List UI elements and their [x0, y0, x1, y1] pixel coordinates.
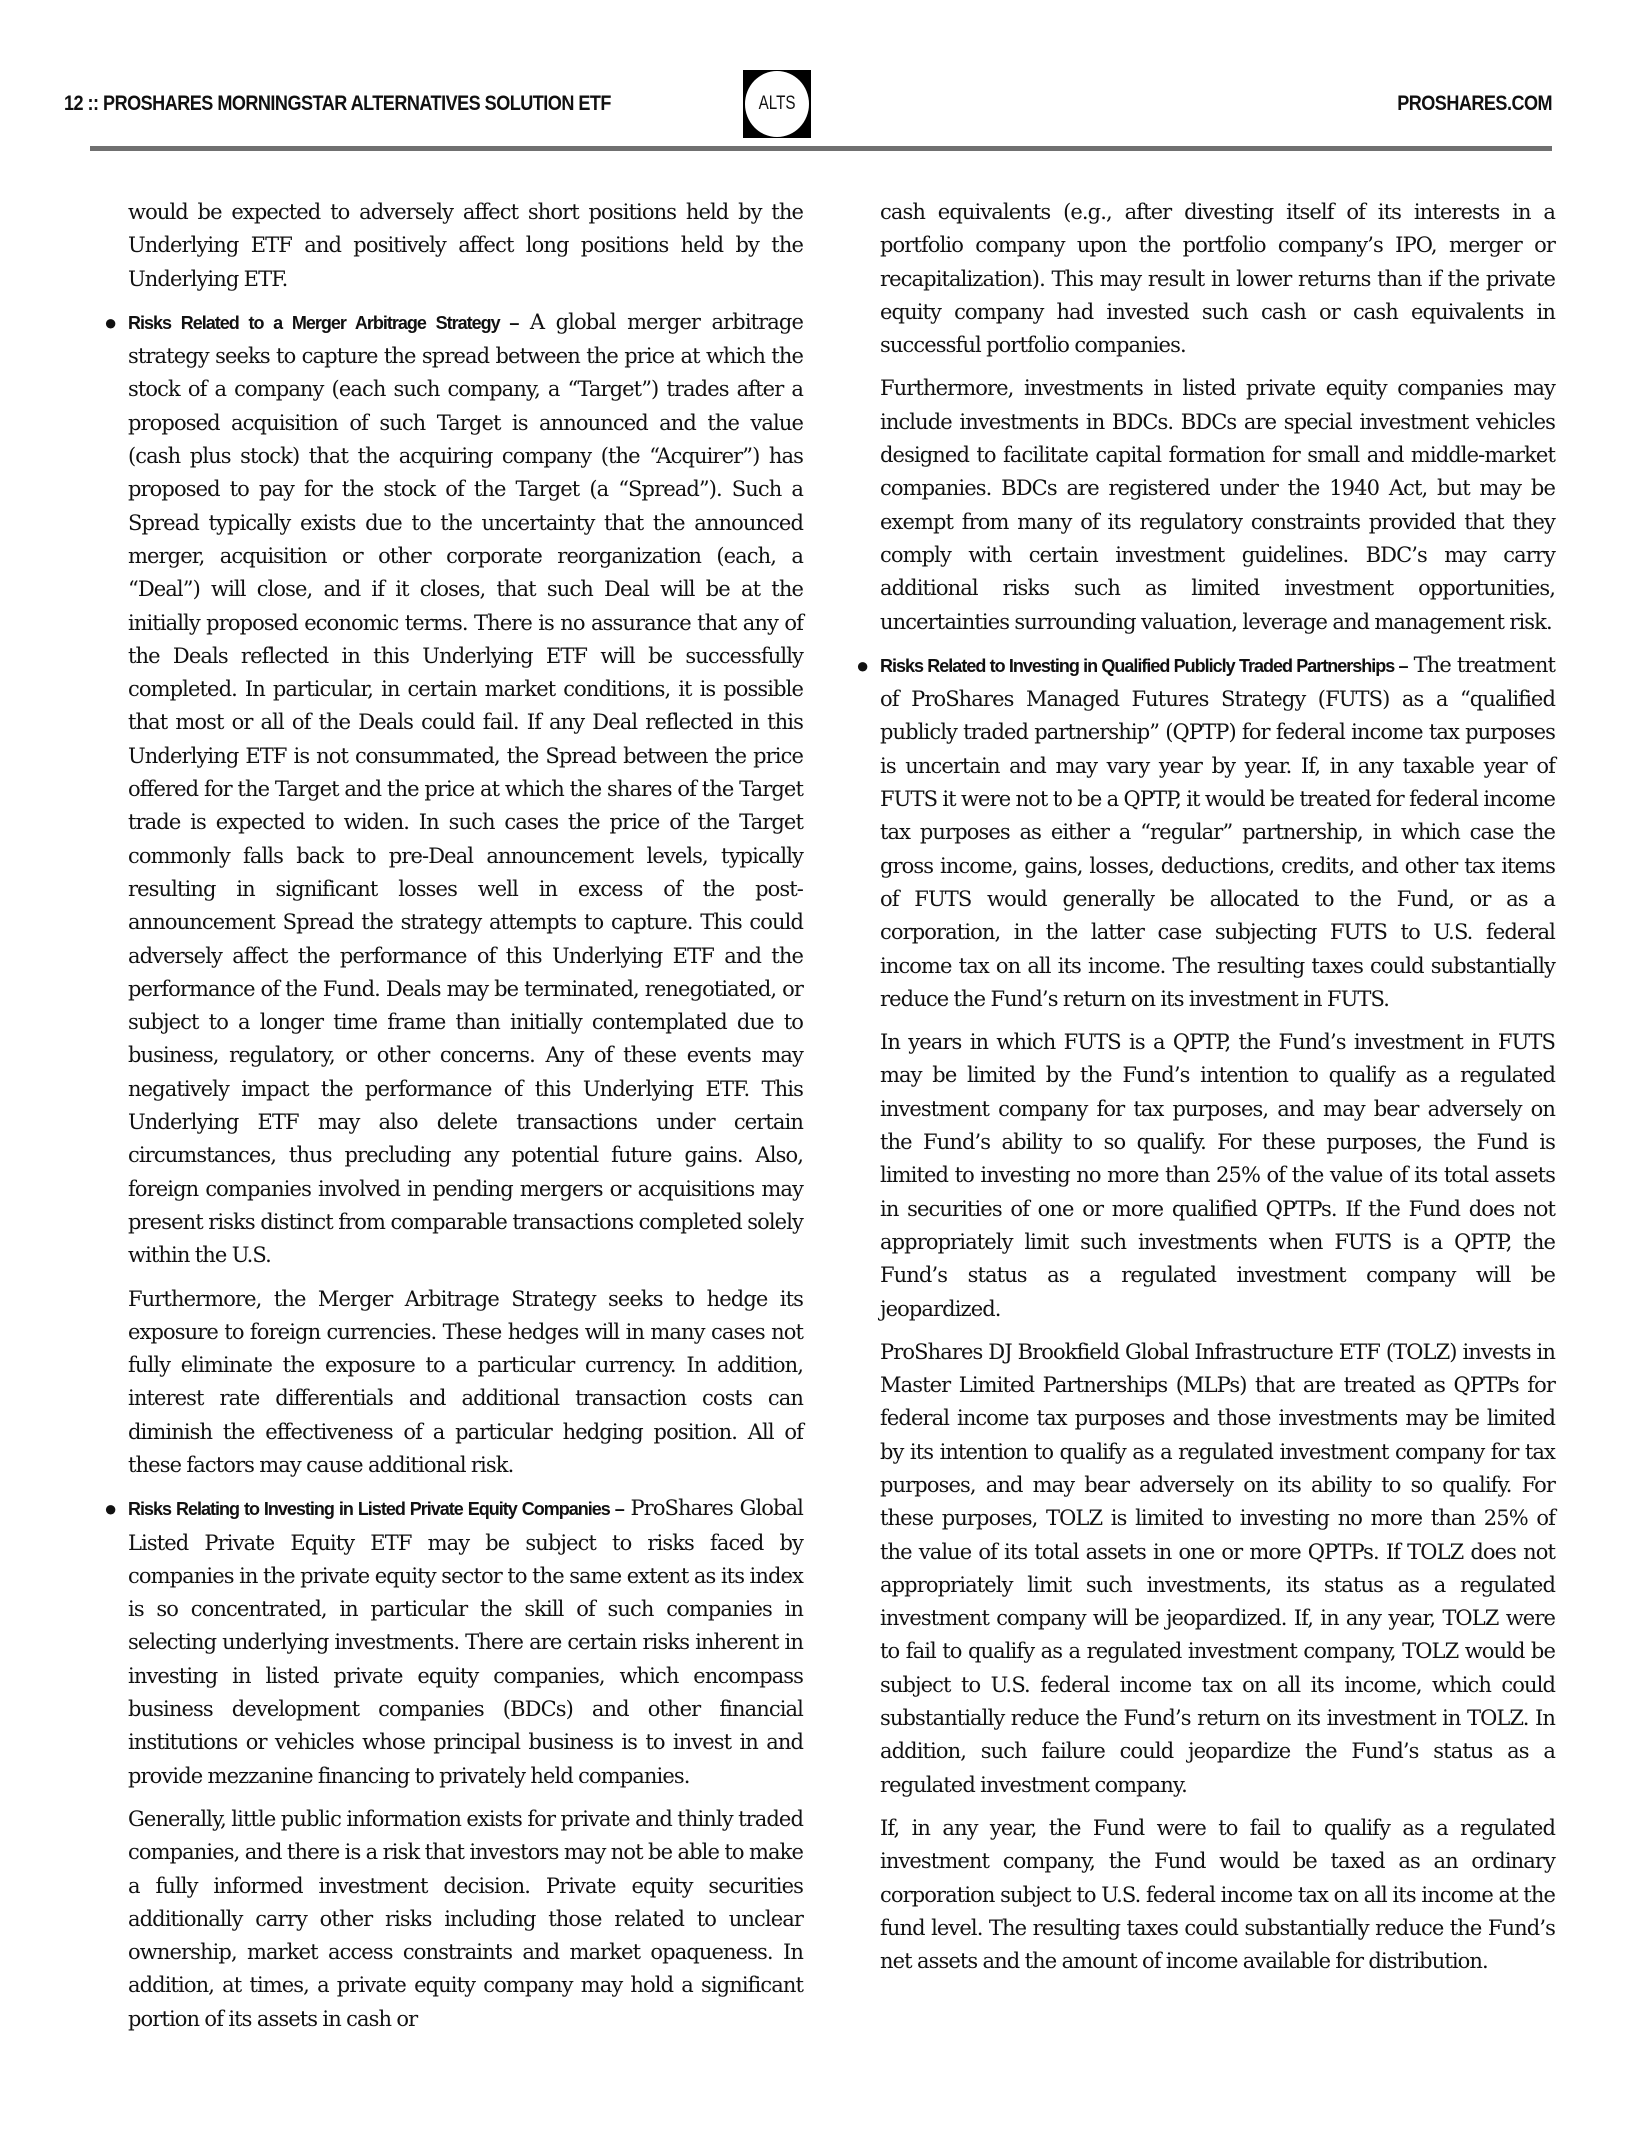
paragraph: Furthermore, the Merger Arbitrage Strate… — [128, 1283, 803, 1483]
bullet-body: The treatment of ProShares Managed Futur… — [880, 653, 1555, 1011]
left-column: would be expected to adversely affect sh… — [128, 196, 803, 2046]
paragraph: would be expected to adversely affect sh… — [128, 196, 803, 296]
bullet-item-qptp: ● Risks Related to Investing in Qualifie… — [880, 649, 1555, 1016]
bullet-heading: Risks Related to a Merger Arbitrage Stra… — [128, 313, 518, 333]
bullet-heading: Risks Relating to Investing in Listed Pr… — [128, 1499, 624, 1519]
bullet-body: ProShares Global Listed Private Equity E… — [128, 1496, 803, 1787]
paragraph: ProShares DJ Brookfield Global Infrastru… — [880, 1336, 1555, 1802]
bullet-body: A global merger arbitrage strategy seeks… — [128, 310, 803, 1267]
bullet-icon: ● — [104, 306, 116, 339]
bullet-item-private-equity: ● Risks Relating to Investing in Listed … — [128, 1492, 803, 1793]
paragraph: Furthermore, investments in listed priva… — [880, 372, 1555, 638]
logo-text: ALTS — [759, 93, 796, 115]
right-column: cash equivalents (e.g., after divesting … — [880, 196, 1555, 1988]
paragraph: If, in any year, the Fund were to fail t… — [880, 1812, 1555, 1978]
header-page-title: 12 :: PROSHARES MORNINGSTAR ALTERNATIVES… — [64, 92, 611, 116]
paragraph: Generally, little public information exi… — [128, 1803, 803, 2036]
bullet-icon: ● — [856, 649, 868, 682]
bullet-item-merger-arbitrage: ● Risks Related to a Merger Arbitrage St… — [128, 306, 803, 1273]
paragraph: In years in which FUTS is a QPTP, the Fu… — [880, 1026, 1555, 1326]
header-website: PROSHARES.COM — [1397, 92, 1552, 116]
bullet-icon: ● — [104, 1492, 116, 1525]
bullet-heading: Risks Related to Investing in Qualified … — [880, 656, 1408, 676]
header-divider — [90, 146, 1552, 151]
alts-logo-icon: ALTS — [743, 70, 811, 138]
paragraph: cash equivalents (e.g., after divesting … — [880, 196, 1555, 362]
